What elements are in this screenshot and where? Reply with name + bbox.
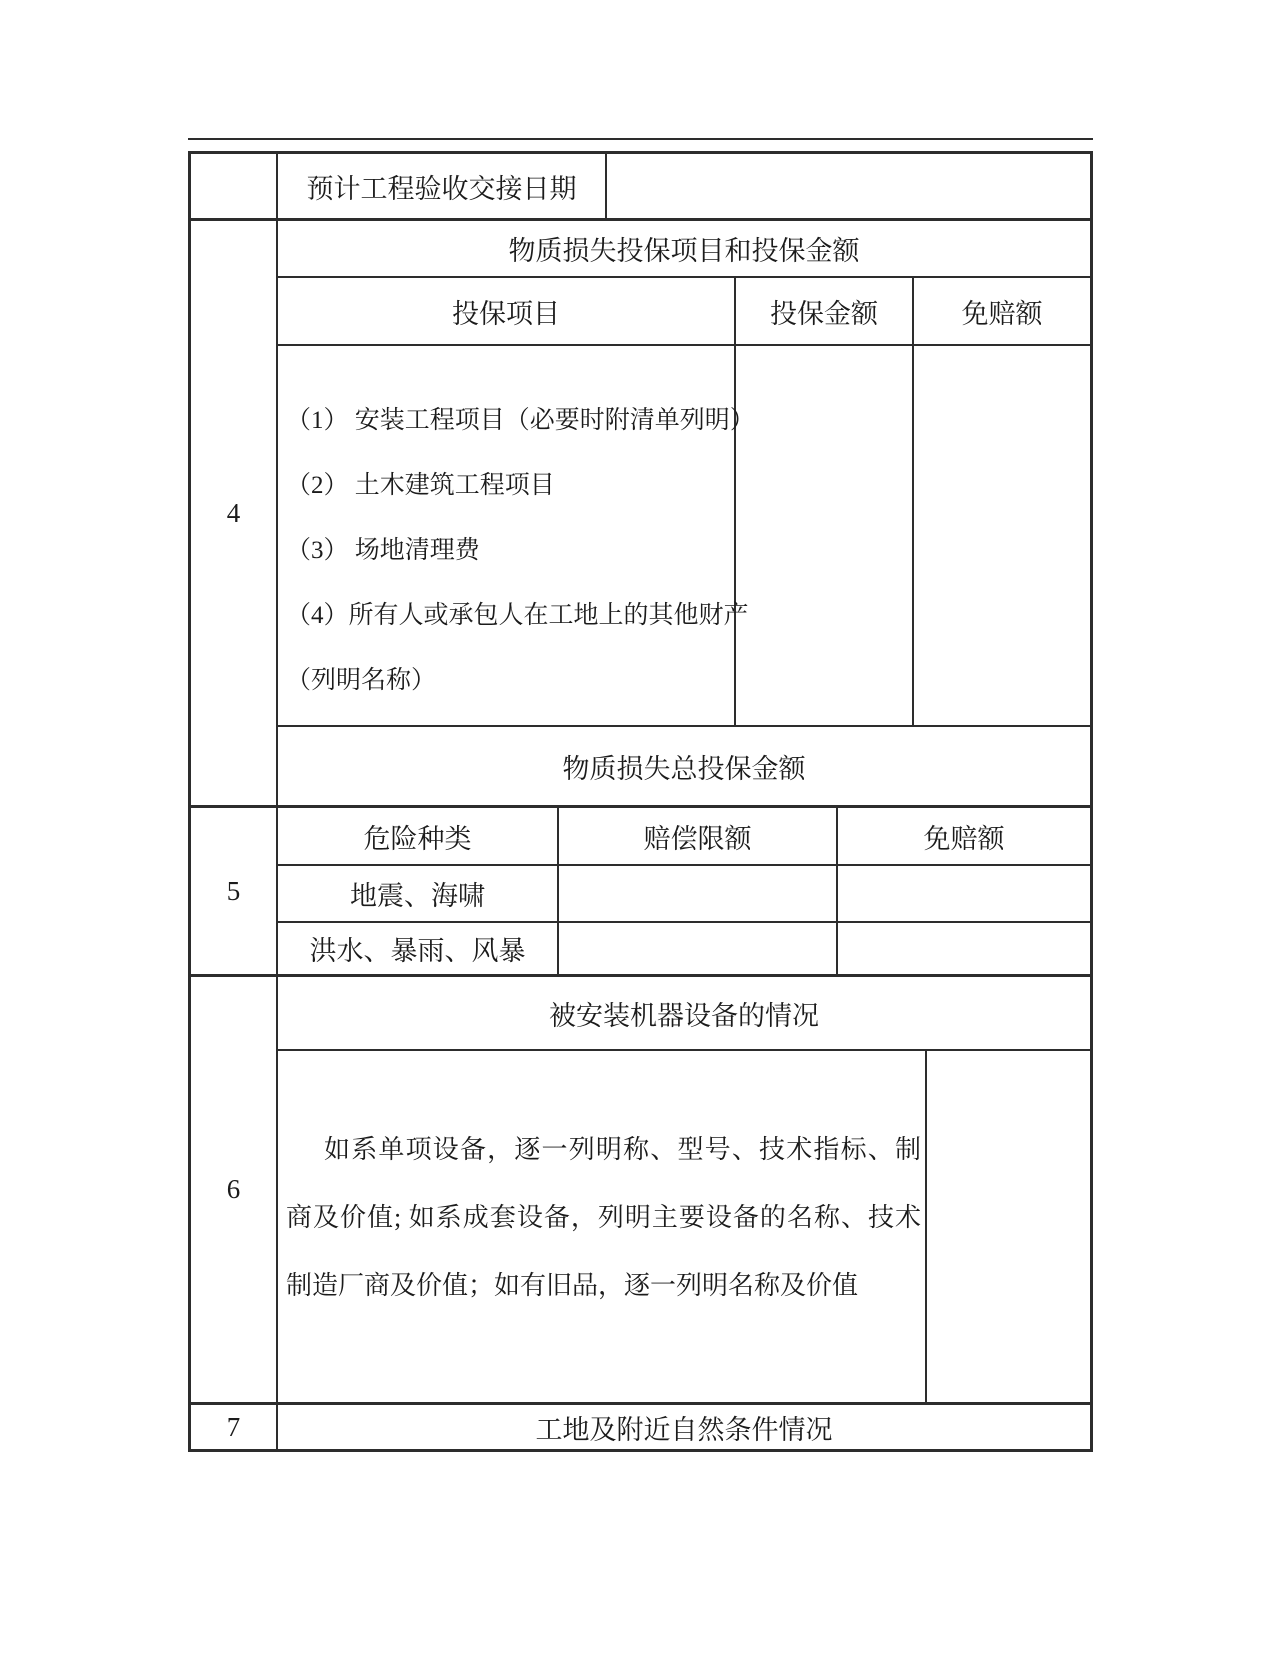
col-header-insured-item: 投保项目 bbox=[278, 278, 736, 344]
insured-item-3: （3） 场地清理费 bbox=[286, 518, 732, 583]
insurance-form-table: 预计工程验收交接日期 4 物质损失投保项目和投保金额 投保项目 投保金额 免赔额… bbox=[188, 151, 1093, 1452]
section-7: 7 工地及附近自然条件情况 bbox=[191, 1405, 1090, 1449]
insured-items-list: （1） 安装工程项目（必要时附清单列明） （2） 土木建筑工程项目 （3） 场地… bbox=[278, 346, 736, 725]
section-5: 5 危险种类 赔偿限额 免赔额 地震、海啸 洪水、暴雨、风暴 bbox=[191, 808, 1090, 977]
insured-item-2: （2） 土木建筑工程项目 bbox=[286, 453, 732, 518]
risk-earthquake-limit-cell bbox=[559, 866, 838, 921]
deductible-value-cell bbox=[914, 346, 1090, 725]
risk-flood-deductible-cell bbox=[838, 923, 1090, 974]
section-4-number: 4 bbox=[191, 221, 278, 805]
equipment-desc-line-2: 商及价值; 如系成套设备，列明主要设备的名称、技术指标、 bbox=[286, 1184, 921, 1252]
section-6-body: 被安装机器设备的情况 如系单项设备，逐一列明称、型号、技术指标、制造厂 商及价值… bbox=[278, 977, 1090, 1402]
col-header-risk-type: 危险种类 bbox=[278, 808, 559, 864]
risk-row-earthquake-tsunami: 地震、海啸 bbox=[278, 866, 1090, 923]
row-number-cell-empty bbox=[191, 154, 278, 218]
previous-row-border-fragment bbox=[188, 138, 1093, 140]
section-6: 6 被安装机器设备的情况 如系单项设备，逐一列明称、型号、技术指标、制造厂 商及… bbox=[191, 977, 1090, 1405]
col-header-insured-amount: 投保金额 bbox=[736, 278, 914, 344]
risk-row-flood-rainstorm-storm: 洪水、暴雨、风暴 bbox=[278, 923, 1090, 974]
insured-item-4: （4）所有人或承包人在工地上的其他财产 bbox=[286, 583, 732, 648]
risk-flood-limit-cell bbox=[559, 923, 838, 974]
risk-earthquake-deductible-cell bbox=[838, 866, 1090, 921]
col-header-risk-deductible: 免赔额 bbox=[838, 808, 1090, 864]
section-6-number: 6 bbox=[191, 977, 278, 1402]
material-loss-header: 物质损失投保项目和投保金额 bbox=[278, 221, 1090, 278]
insured-item-1: （1） 安装工程项目（必要时附清单列明） bbox=[286, 388, 732, 453]
risk-earthquake-tsunami-label: 地震、海啸 bbox=[278, 866, 559, 921]
risk-flood-storm-label: 洪水、暴雨、风暴 bbox=[278, 923, 559, 974]
section-7-number: 7 bbox=[191, 1405, 278, 1449]
row-expected-handover-date: 预计工程验收交接日期 bbox=[191, 154, 1090, 221]
equipment-desc-line-3: 制造厂商及价值；如有旧品，逐一列明名称及价值 bbox=[286, 1252, 921, 1320]
section-5-body: 危险种类 赔偿限额 免赔额 地震、海啸 洪水、暴雨、风暴 bbox=[278, 808, 1090, 974]
insured-item-4-note: （列明名称） bbox=[286, 648, 732, 713]
risk-column-headers: 危险种类 赔偿限额 免赔额 bbox=[278, 808, 1090, 866]
installed-equipment-value-cell bbox=[927, 1051, 1090, 1402]
section-4-body: 物质损失投保项目和投保金额 投保项目 投保金额 免赔额 （1） 安装工程项目（必… bbox=[278, 221, 1090, 805]
material-loss-column-headers: 投保项目 投保金额 免赔额 bbox=[278, 278, 1090, 346]
section-5-number: 5 bbox=[191, 808, 278, 974]
installed-equipment-description: 如系单项设备，逐一列明称、型号、技术指标、制造厂 商及价值; 如系成套设备，列明… bbox=[278, 1051, 927, 1402]
material-loss-total-label: 物质损失总投保金额 bbox=[278, 727, 1090, 805]
col-header-compensation-limit: 赔偿限额 bbox=[559, 808, 838, 864]
insured-amount-value-cell bbox=[736, 346, 914, 725]
expected-handover-date-label: 预计工程验收交接日期 bbox=[278, 154, 607, 218]
installed-equipment-header: 被安装机器设备的情况 bbox=[278, 977, 1090, 1051]
insured-items-row: （1） 安装工程项目（必要时附清单列明） （2） 土木建筑工程项目 （3） 场地… bbox=[278, 346, 1090, 727]
expected-handover-date-value-cell bbox=[607, 154, 1090, 218]
section-4: 4 物质损失投保项目和投保金额 投保项目 投保金额 免赔额 （1） 安装工程项目… bbox=[191, 221, 1090, 808]
installed-equipment-row: 如系单项设备，逐一列明称、型号、技术指标、制造厂 商及价值; 如系成套设备，列明… bbox=[278, 1051, 1090, 1402]
equipment-desc-line-1: 如系单项设备，逐一列明称、型号、技术指标、制造厂 bbox=[286, 1116, 921, 1184]
site-natural-conditions-label: 工地及附近自然条件情况 bbox=[278, 1405, 1090, 1449]
document-page: 预计工程验收交接日期 4 物质损失投保项目和投保金额 投保项目 投保金额 免赔额… bbox=[0, 0, 1280, 1656]
col-header-deductible: 免赔额 bbox=[914, 278, 1090, 344]
